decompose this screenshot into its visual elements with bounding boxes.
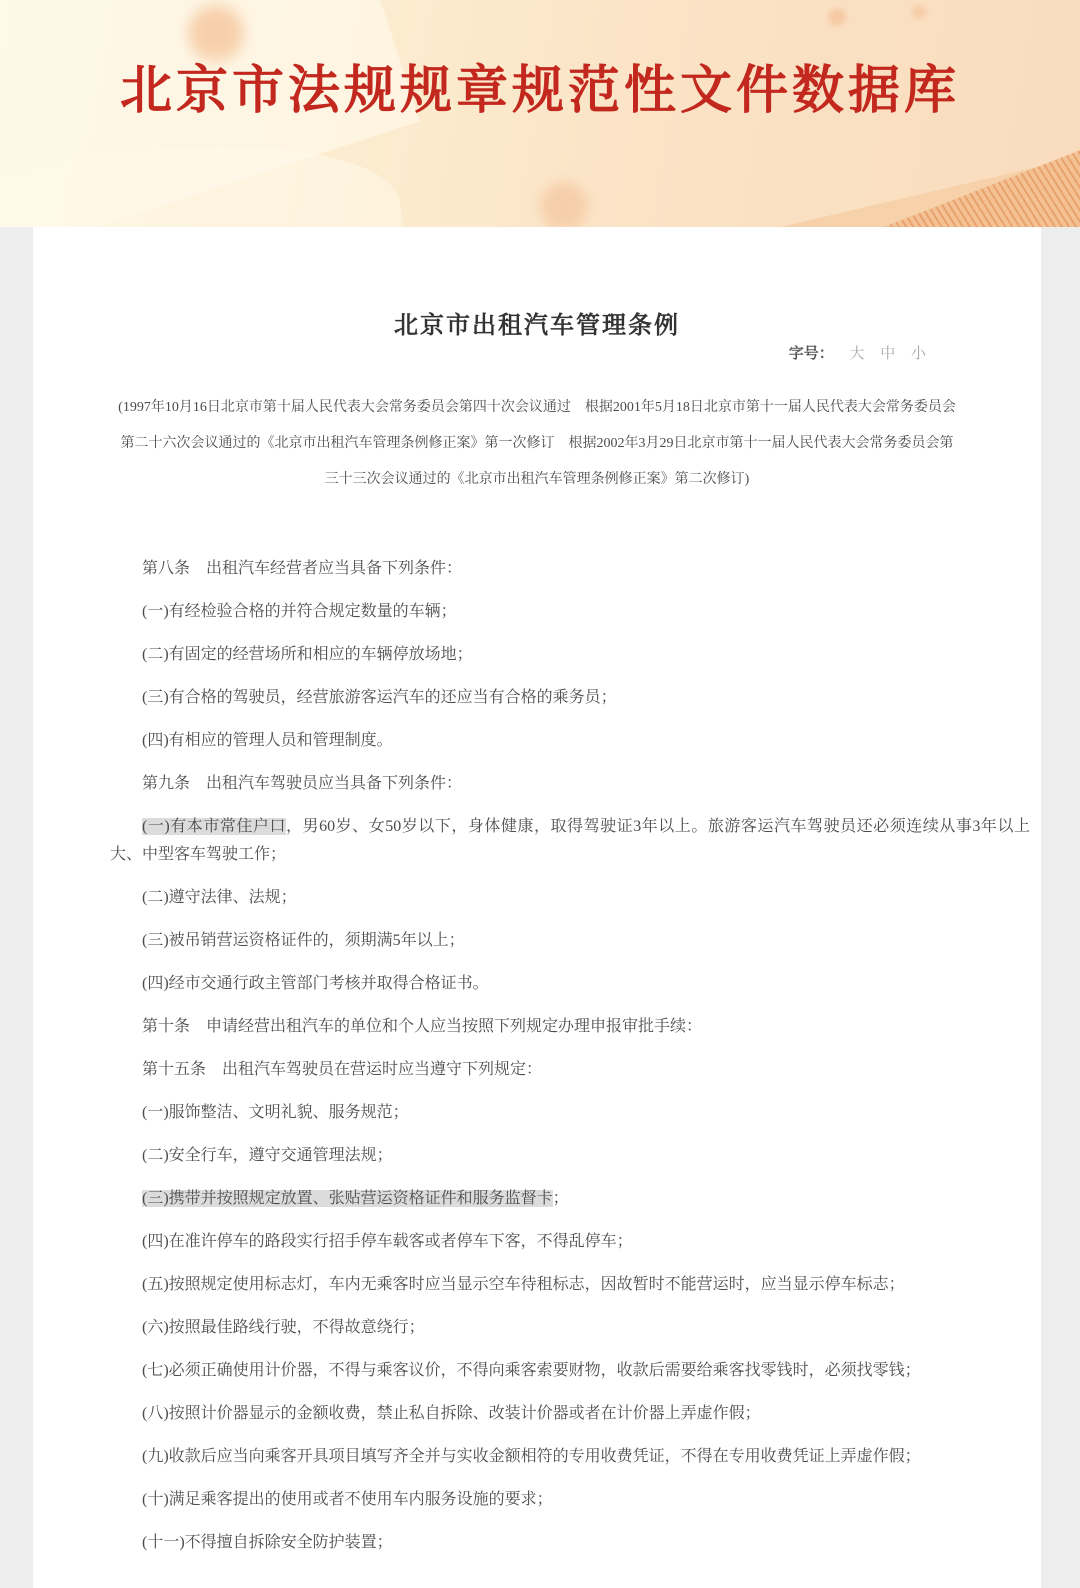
banner-decoration-circle xyxy=(540,182,588,227)
clause-paragraph: (四)有相应的管理人员和管理制度。 xyxy=(110,727,1030,755)
font-size-label: 字号： xyxy=(789,346,834,362)
clause-paragraph: (四)经市交通行政主管部门考核并取得合格证书。 xyxy=(110,970,1030,998)
banner-decoration-wedge xyxy=(780,157,1080,227)
article-heading: 第九条 出租汽车驾驶员应当具备下列条件： xyxy=(110,770,1030,798)
clause-paragraph: (七)必须正确使用计价器，不得与乘客议价，不得向乘客索要财物，收款后需要给乘客找… xyxy=(110,1357,1030,1385)
site-title: 北京市法规规章规范性文件数据库 xyxy=(0,0,1080,122)
clause-paragraph: (一)服饰整洁、文明礼貌、服务规范； xyxy=(110,1099,1030,1127)
clause-paragraph: (一)有本市常住户口，男60岁、女50岁以下，身体健康，取得驾驶证3年以上。旅游… xyxy=(110,813,1030,869)
clause-paragraph: (十一)不得擅自拆除安全防护装置； xyxy=(110,1529,1030,1557)
clause-paragraph: (五)按照规定使用标志灯，车内无乘客时应当显示空车待租标志，因故暂时不能营运时，… xyxy=(110,1271,1030,1299)
site-banner: 北京市法规规章规范性文件数据库 xyxy=(0,0,1080,227)
article-heading: 第十五条 出租汽车驾驶员在营运时应当遵守下列规定： xyxy=(110,1056,1030,1084)
font-size-control: 字号： 大 中 小 xyxy=(33,344,926,364)
document-title: 北京市出租汽车管理条例 xyxy=(33,227,1041,342)
clause-paragraph: (三)有合格的驾驶员，经营旅游客运汽车的还应当有合格的乘务员； xyxy=(110,684,1030,712)
font-size-large[interactable]: 大 xyxy=(849,346,864,362)
clause-paragraph: (三)携带并按照规定放置、张贴营运资格证件和服务监督卡； xyxy=(110,1185,1030,1213)
clause-paragraph: (一)有经检验合格的并符合规定数量的车辆； xyxy=(110,598,1030,626)
document-card: 北京市出租汽车管理条例 字号： 大 中 小 (1997年10月16日北京市第十届… xyxy=(33,227,1041,1588)
font-size-medium[interactable]: 中 xyxy=(880,346,895,362)
clause-paragraph: (二)有固定的经营场所和相应的车辆停放场地； xyxy=(110,641,1030,669)
article-body: 第八条 出租汽车经营者应当具备下列条件：(一)有经检验合格的并符合规定数量的车辆… xyxy=(110,555,1030,1557)
clause-paragraph: (六)按照最佳路线行驶，不得故意绕行； xyxy=(110,1314,1030,1342)
highlighted-text: (一)有本市常住户口 xyxy=(142,818,286,835)
clause-paragraph: (三)被吊销营运资格证件的，须期满5年以上； xyxy=(110,927,1030,955)
clause-paragraph: (二)遵守法律、法规； xyxy=(110,884,1030,912)
page: { "banner": { "title": "北京市法规规章规范性文件数据库"… xyxy=(0,0,1080,1588)
clause-paragraph: (四)在准许停车的路段实行招手停车载客或者停车下客，不得乱停车； xyxy=(110,1228,1030,1256)
banner-decoration-stripes xyxy=(884,147,1080,227)
banner-decoration-swoosh xyxy=(0,119,407,227)
article-heading: 第八条 出租汽车经营者应当具备下列条件： xyxy=(110,555,1030,583)
clause-paragraph: (八)按照计价器显示的金额收费，禁止私自拆除、改装计价器或者在计价器上弄虚作假； xyxy=(110,1400,1030,1428)
font-size-small[interactable]: 小 xyxy=(911,346,926,362)
clause-paragraph: (九)收款后应当向乘客开具项目填写齐全并与实收金额相符的专用收费凭证，不得在专用… xyxy=(110,1443,1030,1471)
highlighted-text: (三)携带并按照规定放置、张贴营运资格证件和服务监督卡 xyxy=(142,1190,553,1207)
document-preamble: (1997年10月16日北京市第十届人民代表大会常务委员会第四十次会议通过 根据… xyxy=(115,390,960,498)
article-heading: 第十条 申请经营出租汽车的单位和个人应当按照下列规定办理申报审批手续： xyxy=(110,1013,1030,1041)
clause-paragraph: (十)满足乘客提出的使用或者不使用车内服务设施的要求； xyxy=(110,1486,1030,1514)
clause-paragraph: (二)安全行车，遵守交通管理法规； xyxy=(110,1142,1030,1170)
